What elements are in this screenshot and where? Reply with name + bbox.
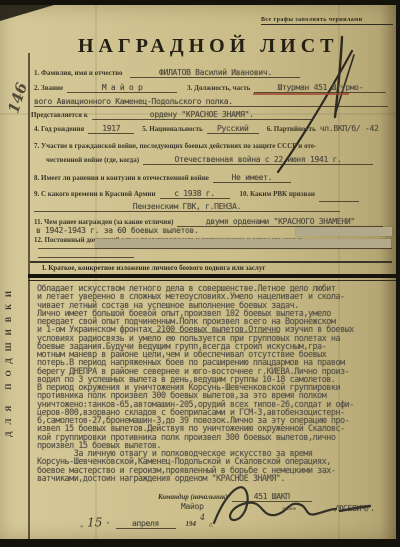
blank-line (38, 257, 134, 258)
war-participation-label-2: чественной войне (где, когда) (46, 156, 139, 164)
birth-year-value: 1917 (88, 124, 134, 134)
party-value: чл.ВКП/б/ -42 (320, 124, 379, 133)
field-war-participation-2: чественной войне (где, когда) Отечествен… (46, 149, 373, 167)
date-quote-close: “ (106, 520, 109, 528)
fill-in-ink-stamp: Все графы заполнять чернилами (261, 17, 393, 25)
commander-rank: Майор (181, 502, 204, 511)
commander-name-row: /ЮСЕВИЧ/. (334, 498, 375, 516)
rank-caption: звание (282, 507, 296, 512)
war-participation-value: Отечественная война с 22 июня 1941 г. (143, 155, 373, 165)
margin-note-vertical: ДЛЯ ПОДШИВКИ (4, 127, 13, 437)
field-row-456: 4. Год рождения 1917 5. Национальность Р… (34, 118, 379, 136)
party-label: 6. Партийность (267, 125, 316, 133)
award-sheet-page: ДЛЯ ПОДШИВКИ 146 Все графы заполнять чер… (0, 5, 396, 539)
redaction-bar (95, 239, 391, 248)
citation-heading: I. Краткое, конкретное изложение личного… (42, 264, 392, 272)
wounds-value: Не имеет. (213, 173, 291, 183)
section-rule-thin (28, 280, 396, 281)
commander-name: /ЮСЕВИЧ/. (334, 504, 375, 513)
date-year-printed: 194 (186, 520, 197, 528)
field-name-label: 1. Фамилия, имя и отчество (34, 69, 122, 77)
section-rule (30, 261, 392, 263)
rank-line: Майор (181, 496, 204, 514)
commander-unit: 451 ШАКП (232, 492, 312, 502)
nationality-value: Русский (207, 124, 259, 134)
document-title: НАГРАДНОЙ ЛИСТ (78, 35, 334, 58)
birth-year-label: 4. Год рождения (34, 125, 84, 133)
torn-corner (0, 5, 54, 21)
date-line: „ 15 “ апреля 194 4 г. (80, 513, 213, 531)
date-month: апреля (116, 519, 176, 529)
blank-line (38, 248, 392, 249)
nationality-label: 5. Национальность (142, 125, 203, 133)
redaction-bar (296, 227, 392, 236)
section-rule-heavy (28, 274, 396, 278)
wounds-label: 8. Имеет ли ранения и контузии в отечест… (34, 174, 209, 182)
prior-awards-value-1: двумя орденами "КРАСНОГО ЗНАМЕНИ" (177, 217, 383, 227)
typed-underline (150, 332, 280, 333)
binding-rule (28, 53, 30, 539)
citation-body: Обладает искусством летного дела в совер… (37, 284, 393, 482)
date-quote-open: „ (80, 520, 83, 528)
date-year-handwritten: 4 (200, 513, 205, 522)
rank-caption-row: звание (282, 497, 296, 515)
date-g-suffix: г. (209, 520, 213, 528)
date-day-handwritten: 15 (87, 515, 102, 529)
